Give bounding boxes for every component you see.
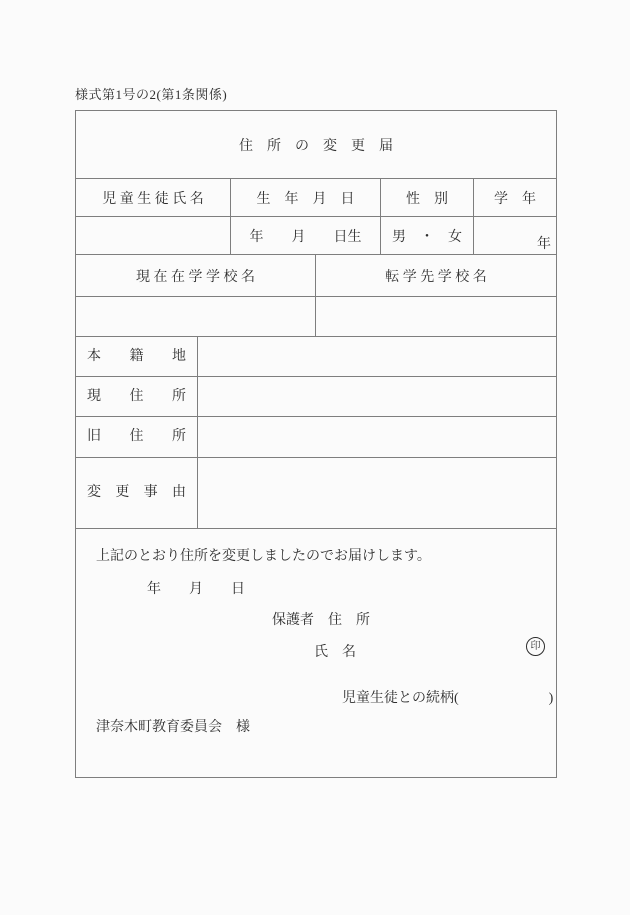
header-student-name: 児 童 生 徒 氏 名 (76, 179, 231, 216)
guardian-name: 氏 名 (314, 641, 356, 661)
header-current-school: 現 在 在 学 学 校 名 (76, 255, 316, 296)
current-school-field (76, 297, 316, 336)
header-sex: 性 別 (381, 179, 474, 216)
student-name-field (76, 217, 231, 254)
form-table: 住 所 の 変 更 届 児 童 生 徒 氏 名 生 年 月 日 性 別 学 年 … (75, 110, 557, 778)
student-header-row: 児 童 生 徒 氏 名 生 年 月 日 性 別 学 年 (76, 179, 556, 217)
addressee-line: 津奈木町教育委員会 様 (96, 716, 250, 736)
birth-date-field: 年 月 日生 (231, 217, 381, 254)
header-transfer-school: 転 学 先 学 校 名 (316, 255, 556, 296)
domicile-row: 本 籍 地 (76, 337, 556, 377)
title-row: 住 所 の 変 更 届 (76, 111, 556, 179)
grade-field: 年 (474, 217, 556, 254)
header-birth-date: 生 年 月 日 (231, 179, 381, 216)
school-value-row (76, 297, 556, 337)
statement-text: 上記のとおり住所を変更しましたのでお届けします。 (96, 545, 431, 565)
former-address-row: 旧 住 所 (76, 417, 556, 458)
footer-section: 上記のとおり住所を変更しましたのでお届けします。 年 月 日 保護者 住 所 氏… (76, 529, 556, 777)
relation-line: 児童生徒との続柄() (314, 671, 553, 723)
relation-label: 児童生徒との続柄( (342, 691, 459, 706)
seal-character: 印 (531, 642, 541, 652)
header-grade: 学 年 (474, 179, 556, 216)
label-change-reason: 変 更 事 由 (76, 458, 198, 528)
current-address-row: 現 住 所 (76, 377, 556, 417)
guardian-address: 保護者 住 所 (272, 609, 370, 629)
school-header-row: 現 在 在 学 学 校 名 転 学 先 学 校 名 (76, 255, 556, 297)
transfer-school-field (316, 297, 556, 336)
relation-close-paren: ) (549, 691, 554, 706)
label-domicile: 本 籍 地 (76, 337, 198, 376)
change-reason-row: 変 更 事 由 (76, 458, 556, 529)
form-title: 住 所 の 変 更 届 (76, 111, 556, 178)
domicile-field (198, 337, 556, 376)
student-value-row: 年 月 日生 男 ・ 女 年 (76, 217, 556, 255)
sex-field: 男 ・ 女 (381, 217, 474, 254)
former-address-field (198, 417, 556, 457)
label-current-address: 現 住 所 (76, 377, 198, 416)
document-page: 様式第1号の2(第1条関係) 住 所 の 変 更 届 児 童 生 徒 氏 名 生… (0, 0, 630, 915)
seal-mark: 印 (526, 637, 545, 656)
change-reason-field (198, 458, 556, 528)
form-number: 様式第1号の2(第1条関係) (75, 84, 227, 103)
current-address-field (198, 377, 556, 416)
label-former-address: 旧 住 所 (76, 417, 198, 457)
date-line: 年 月 日 (147, 578, 245, 598)
